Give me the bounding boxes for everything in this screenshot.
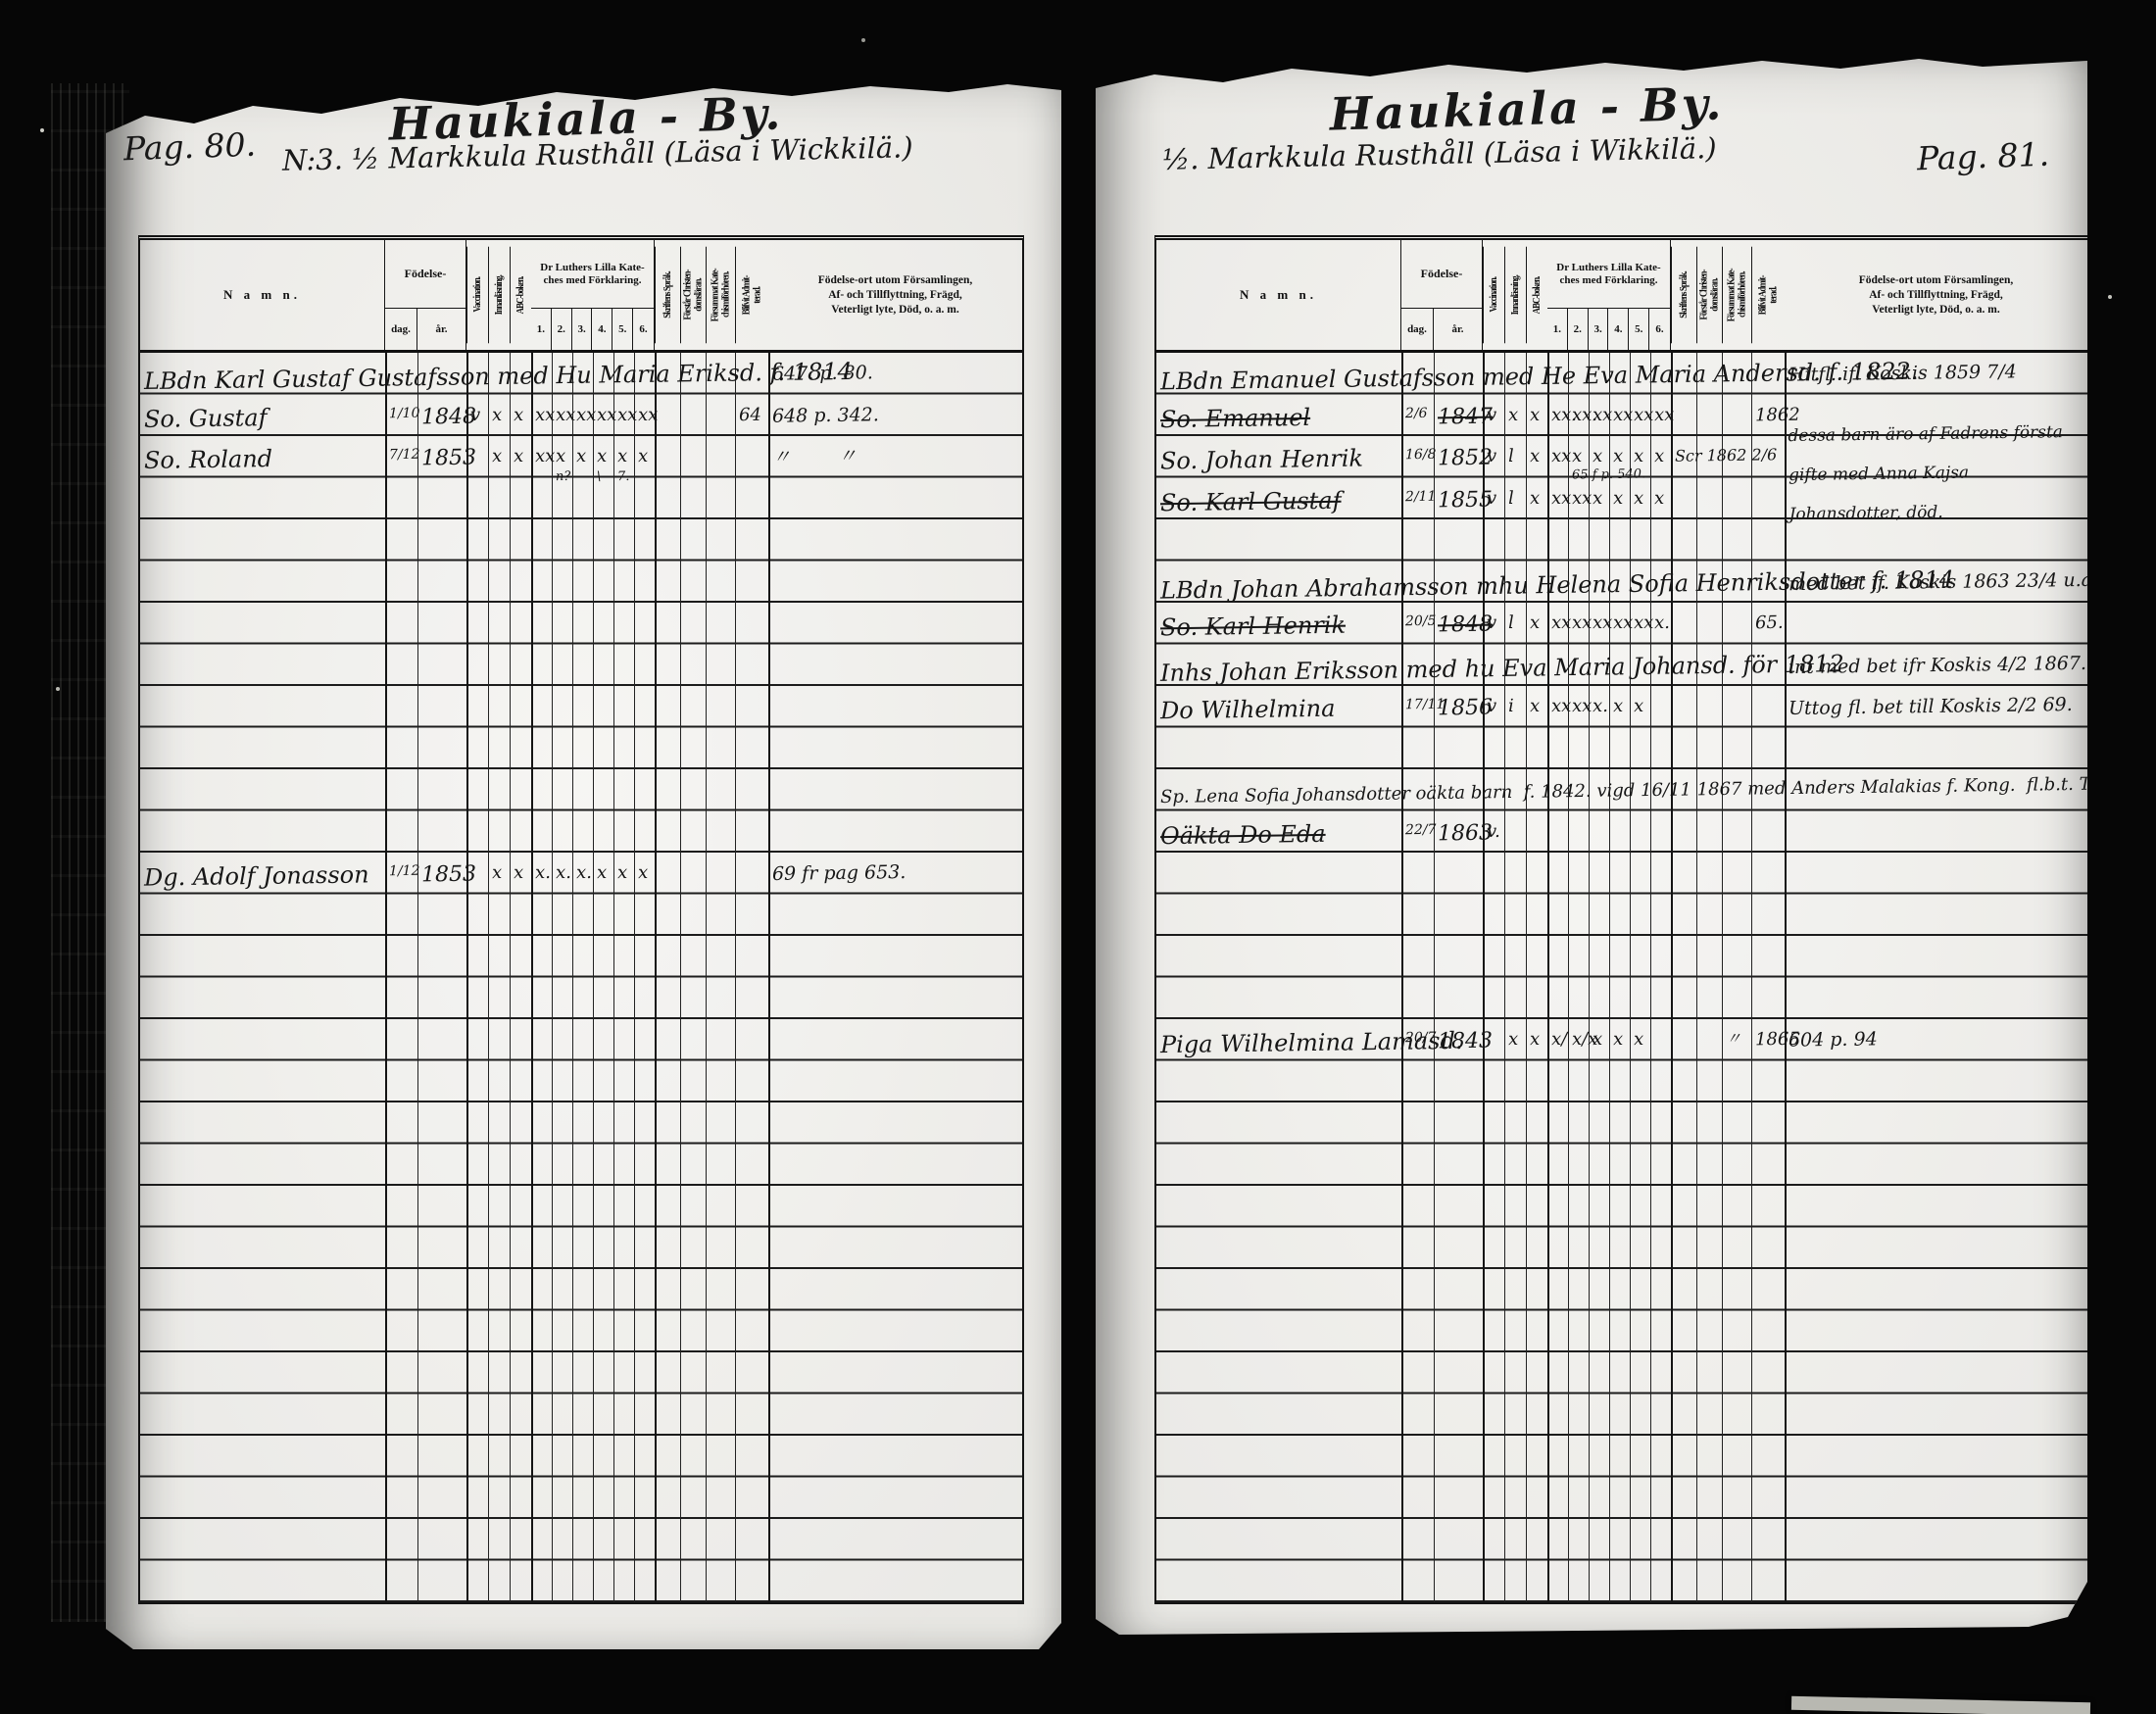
entry-k3: xx [576,406,597,423]
entry-k3: xx [1592,614,1613,632]
column-header-k2: 2. [552,309,572,350]
entry-k1: xx [1551,698,1572,715]
entry-k3: xx [1592,406,1613,423]
column-divider [1722,353,1723,1602]
column-header-k3: 3. [1589,309,1609,350]
column-header-forstar-christendomslaran: Förstår Christen- domsläran. [680,247,706,344]
entry-k2: x. [556,864,571,882]
column-header-kateches-label: Dr Luthers Lilla Kate- ches med Förklari… [1547,240,1670,308]
entry-ar: 1848 [1438,614,1493,637]
entry-ar: 1852 [1438,448,1493,470]
table-header: N a m n. Födelse- dag. år. Vaccination. … [1156,240,2087,353]
entry-innan: l [1508,614,1514,632]
entry-k6: x. [1654,614,1670,632]
entry-k3: x. [1592,698,1608,715]
entry-name: LBdn Karl Gustaf Gustafsson med Hu Maria… [144,360,853,393]
entry-vacc: v [1487,698,1496,715]
entry-k4: x [1613,1031,1623,1049]
column-header-fodelse: Födelse- dag. år. [385,240,466,350]
entry-k5: 7. [617,470,630,483]
entry-abc: x [1530,1031,1540,1049]
entry-skrift: Scr 1862 2/6 [1675,447,1777,464]
entry-vacc: v [1487,406,1496,423]
column-header-abc-boken: ABC-boken. [1526,247,1547,344]
entry-dag: 2/6 [1405,406,1428,419]
entry-innan: x [1508,1031,1518,1049]
entry-dag: 20/5 [1405,614,1437,628]
column-header-kateches: Dr Luthers Lilla Kate- ches med Förklari… [531,240,655,350]
entry-k6: xx [638,406,659,423]
column-header-k5: 5. [612,309,633,350]
entry-ar: 1853 [421,448,476,470]
entry-k6: x [638,448,648,465]
entry-notes: int med bet ifr Koskis 4/2 1867. [1788,654,2086,676]
entry-k4: x [1613,448,1623,465]
entry-k2: xx [556,406,576,423]
entry-innan: l [1508,489,1514,507]
column-divider [1785,353,1787,1602]
column-divider [613,353,614,1602]
entry-name: So. Roland [144,447,272,472]
column-divider [417,353,418,1602]
entry-name: So. Gustaf [144,406,268,431]
column-header-innanlasning: Innanläsning. [488,247,510,344]
entry-notes: 648 p. 342. [772,406,879,426]
column-header-fodelse-label: Födelse- [385,240,465,308]
column-header-k6: 6. [1649,309,1670,350]
entry-abc: x [1530,698,1540,715]
entry-dag: 20/7 [1405,1031,1437,1045]
column-header-notes: Födelse-ort utom Församlingen, Af- och T… [768,240,1022,350]
entry-k5: x [1634,489,1643,507]
entry-innan: x [1508,406,1518,423]
entry-innan: l [1508,448,1514,465]
entry-ar: 1856 [1438,698,1493,720]
column-divider [768,353,770,1602]
column-divider [735,353,736,1602]
entry-name: So. Emanuel [1160,405,1310,430]
entry-k5: x [617,448,627,465]
column-divider [634,353,635,1602]
entry-ar: 1848 [421,406,476,428]
column-header-innanlasning: Innanläsning. [1504,247,1526,344]
column-header-k6: 6. [633,309,654,350]
page-number: Pag. 80. [122,125,256,169]
entry-abc: x [1530,406,1540,423]
column-divider [1568,353,1569,1602]
entry-dag: 1/10 [389,406,420,419]
entry-k5: xx [1634,406,1654,423]
entry-abc: x [514,864,523,882]
entry-name: Inhs Johan Eriksson med hu Eva Maria Joh… [1160,652,1844,685]
entry-k5: xx [1634,614,1654,632]
entry-k3: x [576,448,586,465]
entry-k2: x [556,448,565,465]
column-divider [593,353,594,1602]
column-divider [1671,353,1673,1602]
column-divider [1751,353,1752,1602]
entry-k2: 65 f p. 540. [1572,468,1645,482]
column-header-namn: N a m n. [140,240,385,350]
entry-innan: x [492,448,502,465]
entry-ar: 1863 [1438,822,1493,845]
entry-name: Do Wilhelmina [1160,697,1336,722]
table-body: LBdn Karl Gustaf Gustafsson med Hu Maria… [140,353,1022,1602]
entry-k5: x [617,864,627,882]
column-header-kateches: Dr Luthers Lilla Kate- ches med Förklari… [1547,240,1671,350]
entry-k1: x/ [1551,1031,1567,1049]
entry-notes: 604 p. 94 [1788,1030,1878,1050]
entry-name: Dg. Adolf Jonasson [144,862,369,889]
entry-vacc: v. [1487,822,1500,840]
entry-innan: i [1508,698,1514,715]
book-scan: Haukiala - By. Pag. 80. N:3. ½ Markkula … [0,0,2156,1714]
entry-k4: xx [1613,614,1634,632]
entry-k4: x [597,864,607,882]
entry-k2: xx [1572,698,1592,715]
column-header-dag: dag. [1401,309,1434,350]
column-divider [1650,353,1651,1602]
column-header-blifvit-admitterad: Blifvit Admit- terad. [735,247,768,344]
entry-dag: 7/12 [389,448,420,462]
entry-abc: x [514,406,523,423]
entry-notes: 69 fr pag 653. [772,863,906,884]
entry-k4: xx [1613,406,1634,423]
entry-k6: x [1654,489,1664,507]
entry-vacc: v [1487,448,1496,465]
column-divider [385,353,387,1602]
entry-ar: 1853 [421,864,476,887]
entry-ar: 1843 [1438,1031,1493,1053]
page-left: Haukiala - By. Pag. 80. N:3. ½ Markkula … [106,76,1061,1649]
entry-admit: 65. [1755,614,1784,632]
column-divider [1401,353,1403,1602]
entry-admit: 64 [739,406,761,423]
column-header-k3: 3. [572,309,593,350]
column-header-forsummat-katechismiforhoren: Försummat Kate- chismiförhören. [1722,247,1751,344]
column-divider [1434,353,1435,1602]
entry-innan: x [492,406,502,423]
entry-k1: xx [1551,614,1572,632]
column-divider [510,353,511,1602]
column-divider [706,353,707,1602]
column-divider [1504,353,1505,1602]
entry-abc: x [1530,489,1540,507]
page-right: Haukiala - By. ½. Markkula Rusthåll (Läs… [1096,57,2087,1635]
column-header-k2: 2. [1568,309,1589,350]
page-number: Pag. 81. [1916,135,2049,178]
entry-name: So. Karl Gustaf [1160,488,1342,514]
entry-vacc: v [470,406,480,423]
column-header-notes: Födelse-ort utom Församlingen, Af- och T… [1785,240,2087,350]
entry-abc: x [514,448,523,465]
entry-name: So. Karl Henrik [1160,613,1346,640]
entry-abc: x [1530,614,1540,632]
entry-notes: Hitfl. if. Koskis 1859 7/4 [1788,363,2017,384]
column-divider [466,353,468,1602]
column-header-ar: år. [1434,309,1482,350]
column-divider [1609,353,1610,1602]
record-table: N a m n. Födelse- dag. år. Vaccination. … [138,235,1024,1604]
column-header-ar: år. [417,309,465,350]
entry-notes: dessa barn äro af Fadrens första gifte m… [1788,413,2081,534]
table-header: N a m n. Födelse- dag. år. Vaccination. … [140,240,1022,353]
entry-dag: 2/11 [1405,489,1437,503]
column-header-k1: 1. [531,309,552,350]
column-header-k1: 1. [1547,309,1568,350]
column-header-skriftens-sprak: Skriftens Språk. [1671,247,1696,344]
entry-k1: xx [535,448,556,465]
entry-ar: 1847 [1438,406,1493,428]
column-divider [531,353,533,1602]
entry-k1: xx [535,406,556,423]
column-divider [1630,353,1631,1602]
entry-k3: x [1592,489,1602,507]
column-header-forsummat-katechismiforhoren: Försummat Kate- chismiförhören. [706,247,735,344]
entry-notes: 647. p. 80. [772,364,873,383]
entry-k2: n? [556,470,571,483]
entry-k4: \ [597,470,602,483]
column-header-abc-boken: ABC-boken. [510,247,531,344]
entry-k5: x [1634,448,1643,465]
entry-k1: x. [535,864,551,882]
entry-k6: x [1654,448,1664,465]
entry-k3: x [1592,1031,1602,1049]
column-header-blifvit-admitterad: Blifvit Admit- terad. [1751,247,1785,344]
column-header-fodelse: Födelse- dag. år. [1401,240,1483,350]
entry-name: So. Johan Henrik [1160,447,1363,473]
entry-k6: x [638,864,648,882]
entry-k3: x. [576,864,592,882]
entry-k1: xx [1551,448,1572,465]
record-table: N a m n. Födelse- dag. år. Vaccination. … [1154,235,2089,1604]
column-divider [1483,353,1485,1602]
entry-name: Sp. Lena Sofia Johansdotter oäkta barn f… [1160,773,2156,807]
column-header-dag: dag. [385,309,417,350]
entry-k2: xx [1572,489,1592,507]
column-header-skriftens-sprak: Skriftens Språk. [655,247,680,344]
entry-k5: xx [617,406,638,423]
column-divider [655,353,657,1602]
entry-k1: xx [1551,489,1572,507]
entry-name: Oäkta Do Eda [1160,821,1326,847]
column-header-fodelse-label: Födelse- [1401,240,1482,308]
entry-forsummat: 〃 [1726,1031,1741,1047]
entry-k4: x [1613,698,1623,715]
entry-k4: xx [597,406,617,423]
entry-dag: 16/8 [1405,448,1437,462]
entry-abc: x [1530,448,1540,465]
entry-k2: xx [1572,614,1592,632]
column-header-kateches-label: Dr Luthers Lilla Kate- ches med Förklari… [531,240,654,308]
entry-ar: 1855 [1438,489,1493,512]
entry-vacc: v [1487,614,1496,632]
entry-notes: med bet if. Koskis 1863 23/4 u.a. [1788,570,2098,593]
next-page-sliver [1791,1696,2090,1714]
column-header-k5: 5. [1629,309,1649,350]
table-body: LBdn Emanuel Gustafsson med He Eva Maria… [1156,353,2087,1602]
column-divider [1589,353,1590,1602]
entry-dag: 22/7 [1405,822,1437,836]
entry-notes: Uttog fl. bet till Koskis 2/2 69. [1788,696,2073,718]
column-header-k4: 4. [1608,309,1629,350]
column-header-k4: 4. [592,309,612,350]
entry-k6: xx [1654,406,1675,423]
column-header-vaccination: Vaccination. [466,247,488,344]
column-header-forstar-christendomslaran: Förstår Christen- domsläran. [1696,247,1722,344]
entry-k4: x [597,448,607,465]
entry-k2: x [1572,448,1582,465]
entry-k5: x [1634,1031,1643,1049]
column-divider [1526,353,1527,1602]
entry-k4: x [1613,489,1623,507]
column-divider [488,353,489,1602]
entry-notes: 〃 〃 [772,447,857,466]
column-divider [572,353,573,1602]
column-header-vaccination: Vaccination. [1483,247,1504,344]
column-header-namn: N a m n. [1156,240,1401,350]
column-divider [680,353,681,1602]
entry-innan: x [492,864,502,882]
dust-speckles [0,0,2,2]
entry-vacc: v [1487,489,1496,507]
entry-k5: x [1634,698,1643,715]
entry-k3: x [1592,448,1602,465]
entry-dag: 1/12 [389,864,420,878]
column-divider [552,353,553,1602]
column-divider [1696,353,1697,1602]
page-title: Haukiala - By. [1183,73,1870,145]
column-divider [1547,353,1549,1602]
